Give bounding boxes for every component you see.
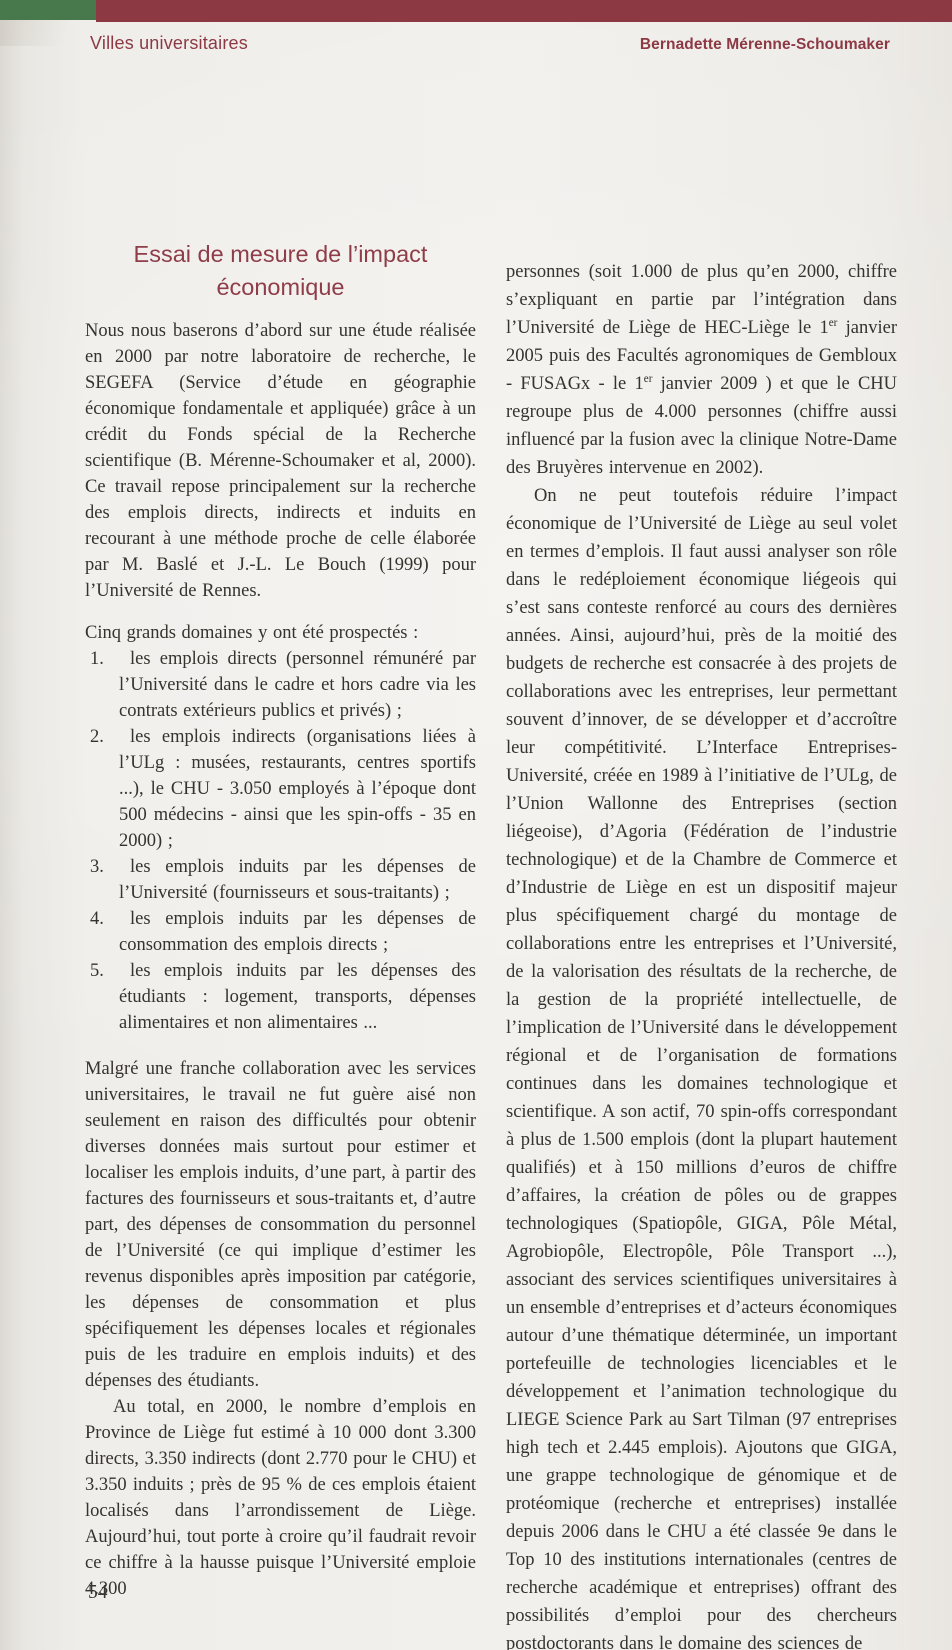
list-item-number: 5. <box>90 958 104 984</box>
list-item-number: 2. <box>90 724 104 750</box>
list-intro: Cinq grands domaines y ont été prospecté… <box>85 620 476 646</box>
scanned-journal-page: Villes universitaires Bernadette Mérenne… <box>0 0 952 1650</box>
paragraph: On ne peut toutefois réduire l’impact éc… <box>506 482 897 1650</box>
list-item-number: 4. <box>90 906 104 932</box>
right-column: personnes (soit 1.000 de plus qu’en 2000… <box>506 238 897 1650</box>
list-item: 5. les emplois induits par les dépenses … <box>85 958 476 1036</box>
list-item-text: les emplois directs (personnel rémunéré … <box>119 646 476 724</box>
article-title-line1: Essai de mesure de l’impact <box>134 241 428 267</box>
list-item-text: les emplois induits par les dépenses des… <box>119 958 476 1036</box>
paragraph: Au total, en 2000, le nombre d’emplois e… <box>85 1394 476 1602</box>
list-item-text: les emplois induits par les dépenses de … <box>119 906 476 958</box>
list-item: 4. les emplois induits par les dépenses … <box>85 906 476 958</box>
paragraph: personnes (soit 1.000 de plus qu’en 2000… <box>506 258 897 482</box>
list-item: 2. les emplois indirects (organisations … <box>85 724 476 854</box>
two-column-body: Essai de mesure de l’impact économique N… <box>85 238 897 1650</box>
running-head-section: Villes universitaires <box>90 33 248 54</box>
running-head-author: Bernadette Mérenne-Schoumaker <box>640 36 890 54</box>
left-column: Essai de mesure de l’impact économique N… <box>85 238 476 1650</box>
numbered-list: 1. les emplois directs (personnel rémuné… <box>85 646 476 1036</box>
top-maroon-bar <box>96 0 952 22</box>
list-item-number: 3. <box>90 854 104 880</box>
article-title: Essai de mesure de l’impact économique <box>85 238 476 304</box>
list-item-text: les emplois indirects (organisations lié… <box>119 724 476 854</box>
list-item: 3. les emplois induits par les dépenses … <box>85 854 476 906</box>
paragraph: Malgré une franche collaboration avec le… <box>85 1056 476 1394</box>
article-title-line2: économique <box>216 274 344 300</box>
list-item-text: les emplois induits par les dépenses de … <box>119 854 476 906</box>
running-head: Villes universitaires Bernadette Mérenne… <box>90 33 890 54</box>
paragraph: Nous nous baserons d’abord sur une étude… <box>85 318 476 604</box>
list-item: 1. les emplois directs (personnel rémuné… <box>85 646 476 724</box>
list-item-number: 1. <box>90 646 104 672</box>
top-green-accent-block <box>0 0 96 20</box>
page-number: 54 <box>88 1582 108 1604</box>
